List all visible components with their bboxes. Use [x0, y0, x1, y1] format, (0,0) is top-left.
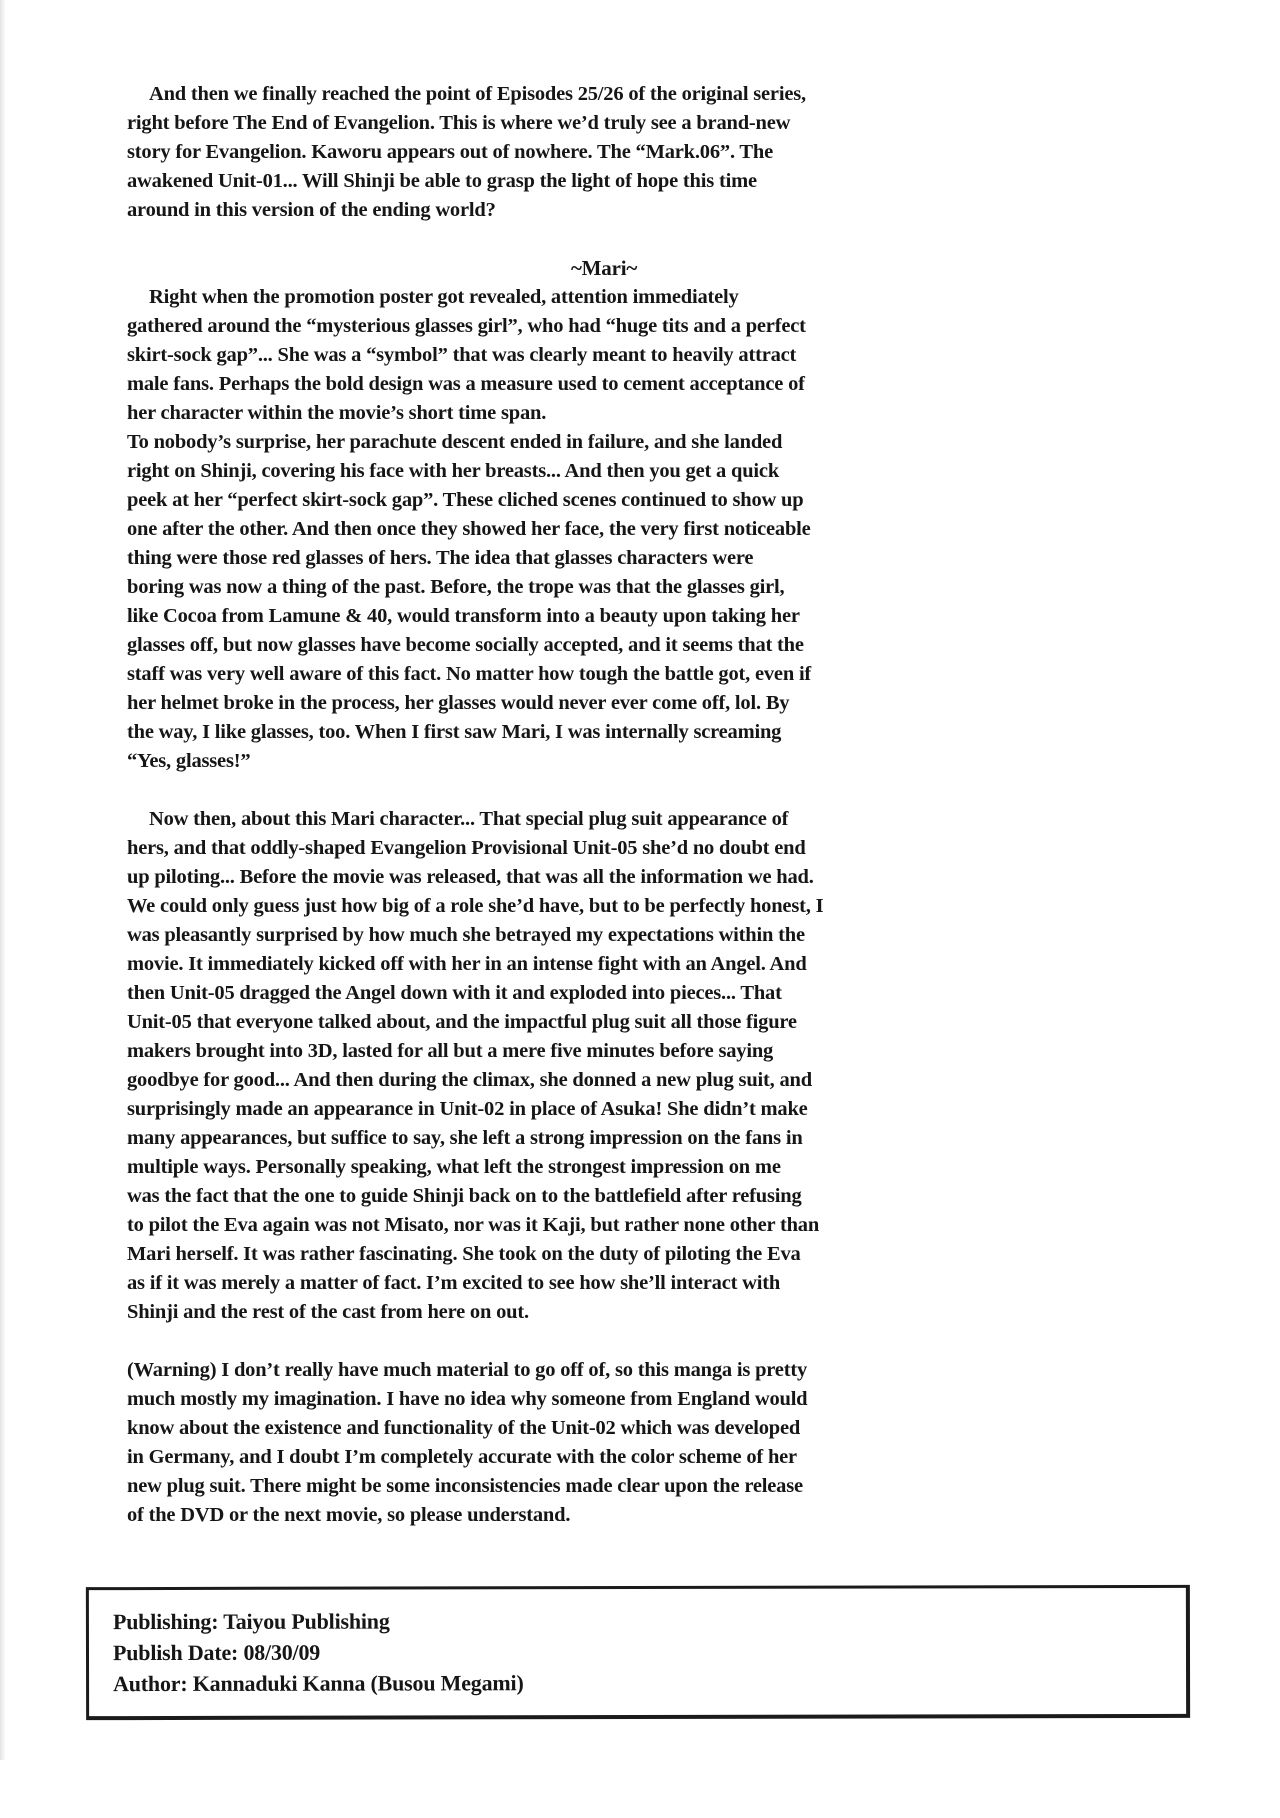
page-edge-shadow — [0, 0, 5, 1760]
afterword-warning-paragraph: (Warning) I don’t really have much mater… — [127, 1356, 989, 1530]
publish-date-line: Publish Date: 08/30/09 — [113, 1635, 1166, 1668]
publishing-line: Publishing: Taiyou Publishing — [113, 1604, 1166, 1637]
afterword-paragraph-3: Now then, about this Mari character... T… — [127, 805, 989, 1327]
publishing-info-box: Publishing: Taiyou Publishing Publish Da… — [86, 1585, 1190, 1720]
afterword-text: And then we finally reached the point of… — [127, 80, 989, 1530]
afterword-page: And then we finally reached the point of… — [0, 0, 1280, 1818]
afterword-paragraph-1: And then we finally reached the point of… — [127, 80, 989, 225]
mari-section-heading: ~Mari~ — [173, 254, 1035, 283]
author-line: Author: Kannaduki Kanna (Busou Megami) — [113, 1666, 1166, 1699]
afterword-paragraph-2: Right when the promotion poster got reve… — [127, 283, 989, 776]
